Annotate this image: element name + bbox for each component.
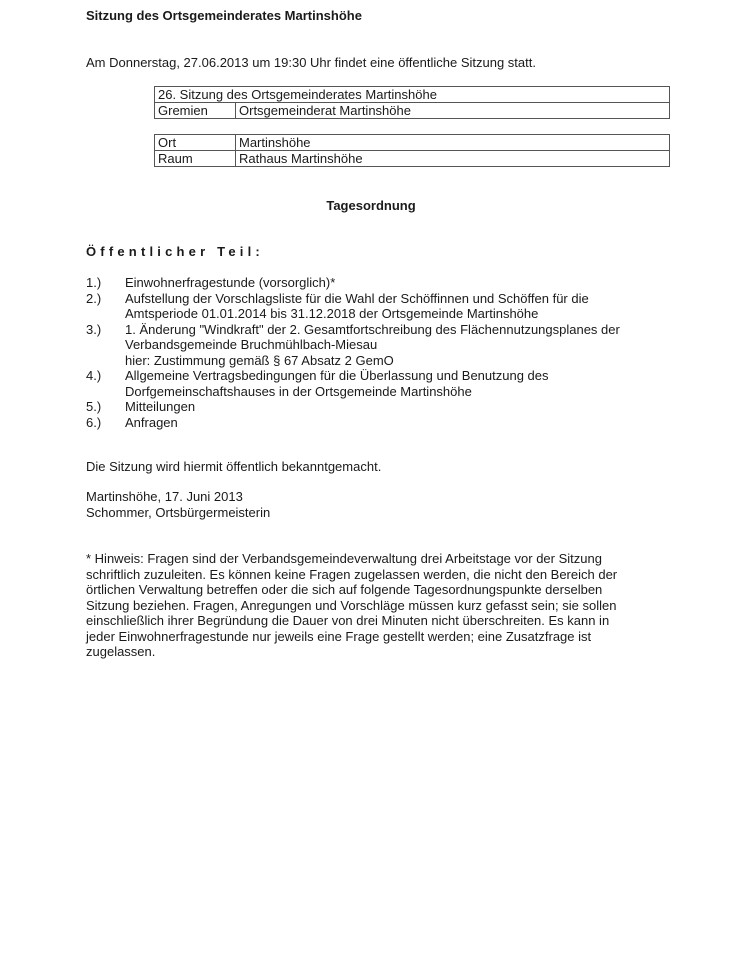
- footnote-line: örtlichen Verwaltung betreffen oder die …: [86, 582, 646, 598]
- agenda-item-text: Aufstellung der Vorschlagsliste für die …: [125, 291, 666, 322]
- footnote-line: einschließlich ihrer Begründung die Daue…: [86, 613, 646, 629]
- table-row: 26. Sitzung des Ortsgemeinderates Martin…: [155, 87, 670, 103]
- agenda-item-number: 6.): [86, 415, 125, 431]
- agenda-item: 5.)Mitteilungen: [86, 399, 666, 415]
- table-key-cell: Ort: [155, 135, 236, 151]
- agenda-item: 6.)Anfragen: [86, 415, 666, 431]
- agenda-item: 3.)1. Änderung "Windkraft" der 2. Gesamt…: [86, 322, 666, 369]
- table-row: Gremien Ortsgemeinderat Martinshöhe: [155, 103, 670, 119]
- intro-text: Am Donnerstag, 27.06.2013 um 19:30 Uhr f…: [86, 55, 536, 70]
- agenda-item-number: 1.): [86, 275, 125, 291]
- agenda-item: 4.)Allgemeine Vertragsbedingungen für di…: [86, 368, 666, 399]
- agenda-item-text: Mitteilungen: [125, 399, 666, 415]
- agenda-item-text: Einwohnerfragestunde (vorsorglich)*: [125, 275, 666, 291]
- agenda-item-text: Anfragen: [125, 415, 666, 431]
- table-row: Raum Rathaus Martinshöhe: [155, 151, 670, 167]
- agenda-item-number: 2.): [86, 291, 125, 322]
- announcement-text: Die Sitzung wird hiermit öffentlich beka…: [86, 459, 381, 474]
- table-value-cell: Martinshöhe: [236, 135, 670, 151]
- footnote-line: schriftlich zuzuleiten. Es können keine …: [86, 567, 646, 583]
- place-date: Martinshöhe, 17. Juni 2013: [86, 489, 270, 505]
- signature-block: Martinshöhe, 17. Juni 2013 Schommer, Ort…: [86, 489, 270, 521]
- agenda-list: 1.)Einwohnerfragestunde (vorsorglich)*2.…: [86, 275, 666, 430]
- table-key-cell: Gremien: [155, 103, 236, 119]
- agenda-item: 1.)Einwohnerfragestunde (vorsorglich)*: [86, 275, 666, 291]
- footnote-line: * Hinweis: Fragen sind der Verbandsgemei…: [86, 551, 646, 567]
- agenda-heading: Tagesordnung: [0, 198, 742, 213]
- agenda-item-number: 5.): [86, 399, 125, 415]
- footnote: * Hinweis: Fragen sind der Verbandsgemei…: [86, 551, 646, 660]
- agenda-item-text: 1. Änderung "Windkraft" der 2. Gesamtfor…: [125, 322, 666, 369]
- footnote-line: jeder Einwohnerfragestunde nur jeweils e…: [86, 629, 646, 645]
- signature: Schommer, Ortsbürgermeisterin: [86, 505, 270, 521]
- meeting-header-cell: 26. Sitzung des Ortsgemeinderates Martin…: [155, 87, 670, 103]
- table-key-cell: Raum: [155, 151, 236, 167]
- table-value-cell: Rathaus Martinshöhe: [236, 151, 670, 167]
- section-heading: Öffentlicher Teil:: [86, 244, 264, 259]
- agenda-item-number: 4.): [86, 368, 125, 399]
- agenda-item: 2.)Aufstellung der Vorschlagsliste für d…: [86, 291, 666, 322]
- document-title: Sitzung des Ortsgemeinderates Martinshöh…: [86, 8, 362, 23]
- table-value-cell: Ortsgemeinderat Martinshöhe: [236, 103, 670, 119]
- table-row: Ort Martinshöhe: [155, 135, 670, 151]
- agenda-item-number: 3.): [86, 322, 125, 369]
- footnote-line: Sitzung beziehen. Fragen, Anregungen und…: [86, 598, 646, 614]
- meeting-table: 26. Sitzung des Ortsgemeinderates Martin…: [154, 86, 670, 119]
- footnote-line: zugelassen.: [86, 644, 646, 660]
- agenda-item-text: Allgemeine Vertragsbedingungen für die Ü…: [125, 368, 666, 399]
- location-table: Ort Martinshöhe Raum Rathaus Martinshöhe: [154, 134, 670, 167]
